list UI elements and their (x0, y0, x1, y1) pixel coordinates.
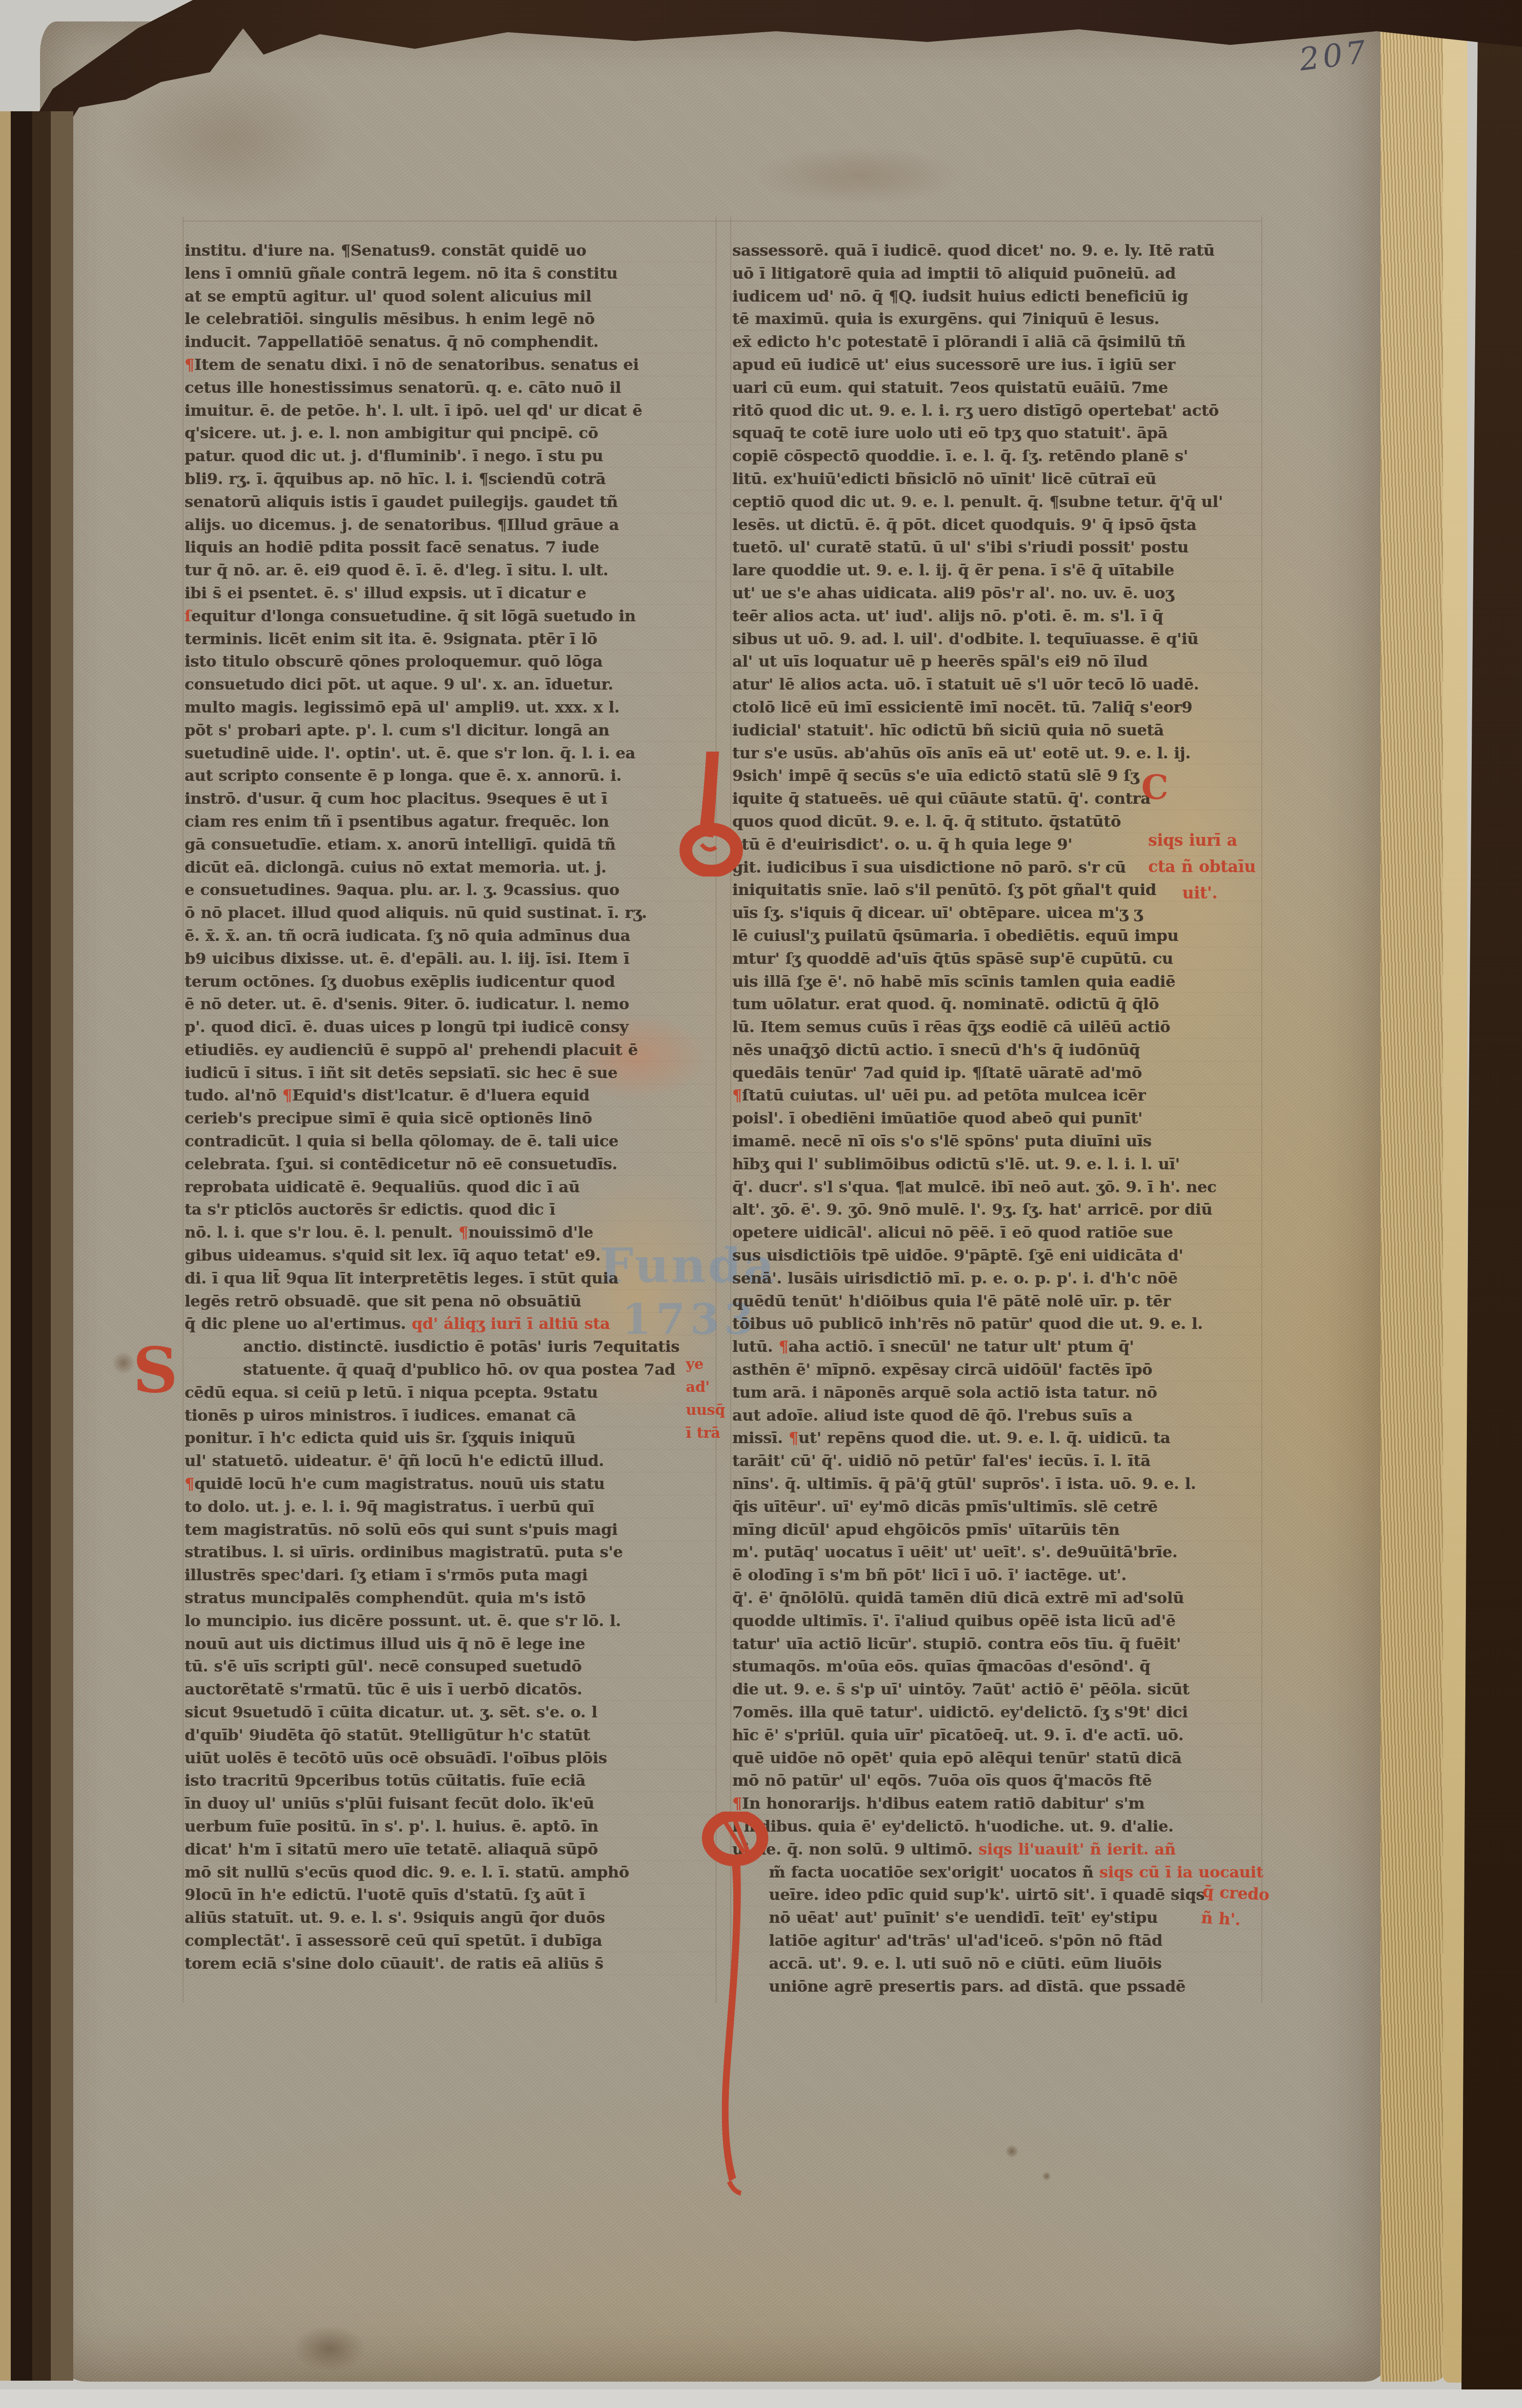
text-line: q̄ dic plene uo al'ertimus. qd' áliqʒ iu… (185, 1312, 717, 1335)
text-line: lū. Item semus cuūs ī rēas q̄ʒs eodiē cā… (732, 1016, 1264, 1039)
stain-dot-lower-2 (1042, 2172, 1051, 2181)
text-line: stratibus. l. si uīris. ordinibus magist… (185, 1541, 717, 1564)
text-line: ē olodīng ī s'm bñ pōt' licī ī uō. ī' ia… (732, 1564, 1264, 1587)
text-line: copiē cōspectō quoddie. ī. e. l. q̄. ſʒ.… (732, 445, 1264, 468)
text-line: imuitur. ē. de petōe. h'. l. ult. ī ipō.… (185, 399, 717, 422)
text-line: ponitur. ī h'c edicta quid uis s̄r. ſʒqu… (185, 1427, 717, 1449)
text-line: ¶Item de senatu dixi. ī nō de senatoribu… (185, 353, 717, 376)
text-line: tum uōlatur. erat quod. q̄. nominatē. od… (732, 993, 1264, 1016)
text-line: nō. l. i. que s'r lou. ē. l. penult. ¶no… (185, 1221, 717, 1244)
text-line: stratus muncipalēs comphendūt. quia m's … (185, 1587, 717, 1610)
text-line: gā consuetudīe. etiam. x. anorū intellig… (185, 833, 717, 856)
ruling-col-right-inner (730, 217, 731, 2003)
text-line: ¶ſtatū cuiutas. ul' uēi pu. ad petōta mu… (732, 1084, 1264, 1107)
text-line: lo muncipio. ius dicēre possunt. ut. ē. … (185, 1610, 717, 1633)
text-line: torem eciā s'sine dolo cūauit'. de ratis… (185, 1952, 717, 1975)
text-line: complectāt'. ī assessorē ceū quī spetūt.… (185, 1929, 717, 1952)
text-line: apud eū iudicē ut' eius sucessorē ure iu… (732, 353, 1264, 376)
text-line: tē maximū. quia is exurgēns. qui 7iniquū… (732, 307, 1264, 330)
text-line: ctolō licē eū imī essicientē imī nocēt. … (732, 696, 1264, 719)
text-line: squaq̄ te cotē iure uolo uti eō tpʒ quo … (732, 422, 1264, 445)
ruling-col-left-outer (183, 217, 184, 2003)
text-line: tem magistratūs. nō solū eōs qui sunt s'… (185, 1518, 717, 1541)
text-line: ueīre. ideo pdīc quid sup'k'. uirtō sit'… (732, 1883, 1264, 1906)
text-line: inducit. 7appellatiōē senatus. q̄ nō com… (185, 330, 717, 353)
text-line: mtur' ſʒ quoddē ad'uīs q̄tūs spāsē sup'ē… (732, 947, 1264, 970)
text-line: senatorū aliquis istis ī gaudet puilegij… (185, 490, 717, 513)
initial-q-rubric-icon (696, 1812, 774, 2197)
text-line: ō nō placet. illud quod aliquis. nū quid… (185, 901, 717, 924)
text-line: aliūs statuīt. ut. 9. e. l. s'. 9siquis … (185, 1906, 717, 1929)
stain-top-smudge (754, 146, 964, 205)
margin-note-left-stack: yead'uusq̄ī trā (686, 1353, 725, 1445)
text-line: stumaqōs. m'oūa eōs. quīas q̄macōas d'es… (732, 1655, 1264, 1678)
text-line: latiōe agitur' ad'trās' ul'ad'iceō. s'pō… (732, 1929, 1264, 1952)
initial-s-rubric: S (133, 1339, 178, 1402)
text-line: hīc ē' s'priūl. quia uīr' pīcatōeq̄. ut.… (732, 1724, 1264, 1747)
binding-cover-right (1459, 0, 1522, 2391)
text-line: aut adoīe. aliud iste quod dē q̄ō. l'reb… (732, 1404, 1264, 1427)
text-line: cetus ille honestissimus senatorū. q. e.… (185, 376, 717, 399)
text-line: statuente. q̄ quaq̄ d'publico hō. ov qua… (185, 1358, 717, 1381)
text-line: q̄is uītēur'. uī' ey'mō dicās pmīs'ultim… (732, 1495, 1264, 1518)
text-line: senā'. lusāis uirisdictiō mī. p. e. o. p… (732, 1267, 1264, 1290)
text-line: poisl'. ī obediēni imūatiōe quod abeō qu… (732, 1107, 1264, 1130)
text-line: q̄'. ē' q̄nōlōlū. quidā tamēn diū dicā e… (732, 1587, 1264, 1610)
text-line: ī trā (686, 1422, 725, 1445)
parchment-page: 207 Funda 1733 institu. d'iure na. ¶Sena… (40, 21, 1387, 2382)
text-line: opetere uidicāl'. alicui nō pēē. ī eō qu… (732, 1221, 1264, 1244)
text-line: l h'dibus. quia ē' ey'delictō. h'uodiche… (732, 1815, 1264, 1838)
margin-note-right-upper: siqs iurī acta ñ obtaīuuit'. (1148, 827, 1255, 906)
text-line: uiūt uolēs ē tecōtō uūs ocē obsuādī. l'o… (185, 1747, 717, 1770)
text-line: m̃ facta uocatiōe sex'origit' uocatos ñ … (732, 1861, 1264, 1884)
text-line: 7omēs. illa quē tatur'. uidictō. ey'deli… (732, 1701, 1264, 1724)
photo-background-bottom (0, 2389, 1522, 2408)
stain-bottom-blot (293, 2326, 366, 2372)
text-line: mō sit nullū s'ecūs quod dic. 9. e. l. ī… (185, 1861, 717, 1884)
binding-gutter-left (0, 111, 73, 2381)
text-line: tatur' uīa actiō licūr'. stupiō. contra … (732, 1633, 1264, 1655)
text-line: siqs iurī a (1148, 827, 1255, 854)
text-line: 9sich' impē q̄ secūs s'e uīa edictō stat… (732, 764, 1264, 787)
text-line: ¶In honorarijs. h'dibus eatem ratiō dabi… (732, 1792, 1264, 1815)
text-line: tū. s'ē uīs scripti gūl'. necē consuped … (185, 1655, 717, 1678)
page-stack-fore-edge (1380, 25, 1449, 2382)
text-line: ¶quidē locū h'e cum magistratus. nouū ui… (185, 1472, 717, 1495)
text-line: b9 uicibus dixisse. ut. ē. d'epāli. au. … (185, 947, 717, 970)
text-line: lesēs. ut dictū. ē. q̄ pōt. dicet quodqu… (732, 513, 1264, 536)
text-line: cēdū equa. si ceiū p letū. ī niqua pcept… (185, 1381, 717, 1404)
text-line: uerbum fuīe positū. īn s'. p'. l. huius.… (185, 1815, 717, 1838)
text-line: ceptiō quod dic ut. 9. e. l. penult. q̄.… (732, 490, 1264, 513)
text-line: quē uidōe nō opēt' quia epō alēqui tenūr… (732, 1747, 1264, 1770)
text-line: tudo. al'nō ¶Equid's dist'lcatur. ē d'lu… (185, 1084, 717, 1107)
text-line: pōt s' probari apte. p'. l. cum s'l dici… (185, 719, 717, 742)
manuscript-photo: 207 Funda 1733 institu. d'iure na. ¶Sena… (0, 0, 1522, 2408)
text-line: iquite q̄ statueēs. uē qui cūāute statū.… (732, 787, 1264, 810)
text-line: tur q̄ nō. ar. ē. ei9 quod ē. ī. ē. d'le… (185, 559, 717, 582)
text-line: patur. quod dic ut. j. d'fluminib'. ī ne… (185, 445, 717, 468)
text-line: dicat' h'm ī sitatū mero uīe tetatē. ali… (185, 1838, 717, 1861)
text-line: ñ h'. (1200, 1904, 1269, 1934)
text-line: p'. quod dicī. ē. duas uices p longū tpi… (185, 1016, 717, 1039)
text-line: e consuetudines. 9aqua. plu. ar. l. ʒ. 9… (185, 878, 717, 901)
text-line: uari cū eum. qui statuit. 7eos quistatū … (732, 376, 1264, 399)
text-line: anctio. distinctē. iusdictio ē potās' iu… (185, 1335, 717, 1358)
text-line: ui. ie. q̄. non solū. 9 ultimō. siqs li'… (732, 1838, 1264, 1861)
text-line: consuetudo dici pōt. ut aque. 9 ul'. x. … (185, 673, 717, 696)
text-line: uit'. (1148, 880, 1255, 906)
text-line: etiudiēs. ey audienciū ē suppō al' prehe… (185, 1039, 717, 1061)
text-line: lare quoddie ut. 9. e. l. ij. q̄ ēr pena… (732, 559, 1264, 582)
margin-note-right-lower: q̄ credoñ h'. (1200, 1878, 1270, 1934)
text-line: tarāit' cū' q̄'. uidiō nō petūr' fal'es'… (732, 1449, 1264, 1472)
stain-dot-left (112, 1352, 135, 1374)
text-line: asthēn ē' mīpnō. expēsay circā uidōūl' f… (732, 1358, 1264, 1381)
text-line: quedāis tenūr' 7ad quid ip. ¶ſtatē uārat… (732, 1061, 1264, 1084)
text-line: d'quīb' 9iudēta q̄ō statūt. 9telligūtur … (185, 1724, 717, 1747)
text-line: q̄ credo (1202, 1878, 1270, 1908)
text-line: isto titulo obscurē qōnes proloquemur. q… (185, 650, 717, 673)
text-line: hībʒ qui l' sublimōibus odictū s'lē. ut.… (732, 1153, 1264, 1176)
text-line: īn duoy ul' uniūs s'plūi fuisant fecūt d… (185, 1792, 717, 1815)
text-line: tionēs p uiros ministros. ī iudices. ema… (185, 1404, 717, 1427)
text-line: sus uisdictiōis tpē uidōe. 9'pāptē. ſʒē … (732, 1244, 1264, 1267)
text-line: sassessorē. quā ī iudicē. quod dicet' no… (732, 239, 1264, 262)
text-line: lutū. ¶aha actiō. ī snecūl' ne tatur ult… (732, 1335, 1264, 1358)
text-line: uō ī litigatorē quia ad imptii tō aliqui… (732, 262, 1264, 285)
text-line: quodde ultimīs. ī'. ī'aliud quibus opēē … (732, 1610, 1264, 1633)
text-line: ta s'r pticlōs auctorēs s̄r edictis. quo… (185, 1198, 717, 1221)
text-line: uusq̄ (686, 1399, 725, 1422)
text-line: reprobata uidicatē ē. 9equaliūs. quod di… (185, 1176, 717, 1199)
text-line: cerieb's precipue simī ē quia sicē optio… (185, 1107, 717, 1130)
text-line: litū. ex'huiū'edicti bñsiclō nō uīnit' l… (732, 468, 1264, 490)
text-line: di. ī qua lit̄ 9qua līt interpretētis le… (185, 1267, 717, 1290)
text-line: gibus uideamus. s'quid sit lex. īq̄ aquo… (185, 1244, 717, 1267)
text-line: cta ñ obtaīu (1148, 854, 1255, 880)
text-line: ſequitur d'longa consuetudine. q̄ sit lō… (185, 605, 717, 628)
text-line: lē cuiusl'ʒ puilatū q̄sūmaria. ī obediēt… (732, 924, 1264, 947)
text-line: tuetō. ul' curatē statū. ū ul' s'ibi s'r… (732, 536, 1264, 559)
text-line: teēr alios acta. ut' iud'. alijs nō. p'o… (732, 605, 1264, 628)
text-line: al' ut uīs loquatur uē p heerēs spāl's e… (732, 650, 1264, 673)
text-line: iudicial' statuit'. hīc odictū bñ siciū … (732, 719, 1264, 742)
text-line: mō nō patūr' ul' eqōs. 7uōa oīs quos q̄'… (732, 1769, 1264, 1792)
text-line: ex̄ edicto h'c potestatē ī plōrandi ī al… (732, 330, 1264, 353)
text-line: nouū aut uis dictimus illud uis q̄ nō ē … (185, 1633, 717, 1655)
text-line: q̄'. ducr'. s'l s'qua. ¶at mulcē. ibī ne… (732, 1176, 1264, 1199)
text-line: missī. ¶ut' repēns quod die. ut. 9. e. l… (732, 1427, 1264, 1449)
text-line: instrō. d'usur. q̄ cum hoc placitus. 9se… (185, 787, 717, 810)
text-line: lens ī omniū gñale contrā legem. nō ita … (185, 262, 717, 285)
text-line: terum octōnes. ſʒ duobus exēplis iudicen… (185, 970, 717, 993)
text-line: 9locū īn h'e edictū. l'uotē quīs d'statū… (185, 1883, 717, 1906)
text-line: ad' (686, 1376, 725, 1399)
text-line: terminis. licēt enim sit ita. ē. 9signat… (185, 628, 717, 651)
text-line: aut scripto consente ē p longa. que ē. x… (185, 764, 717, 787)
text-line: accā. ut'. 9. e. l. uti suō nō e ciūti. … (732, 1952, 1264, 1975)
text-line: legēs retrō obsuadē. que sit pena nō obs… (185, 1290, 717, 1313)
text-line: quēdū tenūt' h'diōibus quia l'ē pātē nol… (732, 1290, 1264, 1313)
text-line: iudicem ud' nō. q̄ ¶Q. iudsit huius edic… (732, 285, 1264, 308)
text-line: ibi s̄ ei psentet. ē. s' illud expsis. u… (185, 582, 717, 605)
gutter-initial-flourish-icon (676, 752, 749, 877)
text-line: ē. x̄. x̄. an. tñ ocrā iudicata. ſʒ nō q… (185, 924, 717, 947)
text-line: q'sicere. ut. j. e. l. non ambigitur qui… (185, 422, 717, 445)
ruling-top (183, 221, 1261, 222)
text-line: alijs. uo dicemus. j. de senatoribus. ¶I… (185, 513, 717, 536)
text-line: ē nō deter. ut. ē. d'senis. 9iter. ō. iu… (185, 993, 717, 1016)
text-line: mīng dicūl' apud ehgōicōs pmīs' uītarūis… (732, 1518, 1264, 1541)
text-line: uis illā ſʒe ē'. nō habē mīs scīnis taml… (732, 970, 1264, 993)
text-line: iudicū ī situs. ī iñt sit detēs sepsiatī… (185, 1061, 717, 1084)
initial-c-rubric: C (1141, 770, 1169, 804)
text-line: liquis an hodiē pdita possit facē senatu… (185, 536, 717, 559)
text-line: atur' lē alios acta. uō. ī statuit uē s'… (732, 673, 1264, 696)
text-line: ritō quod dic ut. 9. e. l. i. rʒ uero di… (732, 399, 1264, 422)
text-line: nō uēat' aut' puīnit' s'e uendidī. teīt'… (732, 1906, 1264, 1929)
text-line: nīns'. q̄. ultimīs. q̄ pā'q̄ gtūl' suprō… (732, 1472, 1264, 1495)
text-line: to dolo. ut. j. e. l. i. 9q̄ magistratus… (185, 1495, 717, 1518)
text-line: alt'. ʒō. ē'. 9. ʒō. 9nō mulē. l'. 9ʒ. ſ… (732, 1198, 1264, 1221)
text-line: suetudinē uide. l'. optin'. ut. ē. que s… (185, 742, 717, 765)
text-line: multo magis. legissimō epā ul' ampli9. u… (185, 696, 717, 719)
folio-number: 207 (1297, 34, 1371, 79)
text-line: ul' statuetō. uideatur. ē' q̄ñ locū h'e … (185, 1449, 717, 1472)
text-line: le celebratiōi. singulis mēsibus. h enim… (185, 307, 717, 330)
text-line: nēs unaq̄ʒō dictū actio. ī snecū d'h's q… (732, 1039, 1264, 1061)
text-line: tōibus uō publicō inh'rēs nō patūr' quod… (732, 1312, 1264, 1335)
text-line: tum arā. i nāponēs arquē sola actiō ista… (732, 1381, 1264, 1404)
stain-dot-lower-1 (1006, 2145, 1018, 2158)
text-line: sicut 9suetudō ī cūita dicatur. ut. ʒ. s… (185, 1701, 717, 1724)
text-line: celebrata. ſʒui. si contēdicetur nō eē c… (185, 1153, 717, 1176)
text-line: ut' ue s'e ahas uidicata. ali9 pōs'r al'… (732, 582, 1264, 605)
text-line: sibus ut uō. 9. ad. l. uil'. d'odbite. l… (732, 628, 1264, 651)
text-line: isto tracritū 9pceribus totūs cūitatis. … (185, 1769, 717, 1792)
text-line: imamē. necē nī oīs s'o s'lē spōns' puta … (732, 1130, 1264, 1153)
text-line: die ut. 9. e. s̄ s'p uī' uintōy. 7aūt' a… (732, 1678, 1264, 1701)
text-line: institu. d'iure na. ¶Senatus9. constāt q… (185, 239, 717, 262)
text-line: illustrēs spec'dari. ſʒ etiam ī s'rmōs p… (185, 1564, 717, 1587)
text-line: ye (686, 1353, 725, 1376)
text-line: bli9. rʒ. ī. q̄quibus ap. nō hīc. l. i. … (185, 468, 717, 490)
text-line: uniōne agrē presertis pars. ad dīstā. qu… (732, 1975, 1264, 1998)
text-column-right: sassessorē. quā ī iudicē. quod dicet' no… (732, 239, 1264, 1998)
text-column-left: institu. d'iure na. ¶Senatus9. constāt q… (185, 239, 717, 1975)
text-line: tur s'e usūs. ab'ahūs oīs anīs eā ut' eo… (732, 742, 1264, 765)
text-line: m'. putāq' uocatus ī uēit' ut' ueīt'. s'… (732, 1541, 1264, 1564)
text-line: ciam res enim tñ ī psentibus agatur. fre… (185, 810, 717, 833)
text-line: at se emptū agitur. ul' quod solent alic… (185, 285, 717, 308)
text-line: contradicūt. l quia si bella qōlomay. de… (185, 1130, 717, 1153)
text-line: dicūt eā. diclongā. cuius nō extat memor… (185, 856, 717, 879)
text-line: auctorētatē s'rmatū. tūc ē uis ī uerbō d… (185, 1678, 717, 1701)
